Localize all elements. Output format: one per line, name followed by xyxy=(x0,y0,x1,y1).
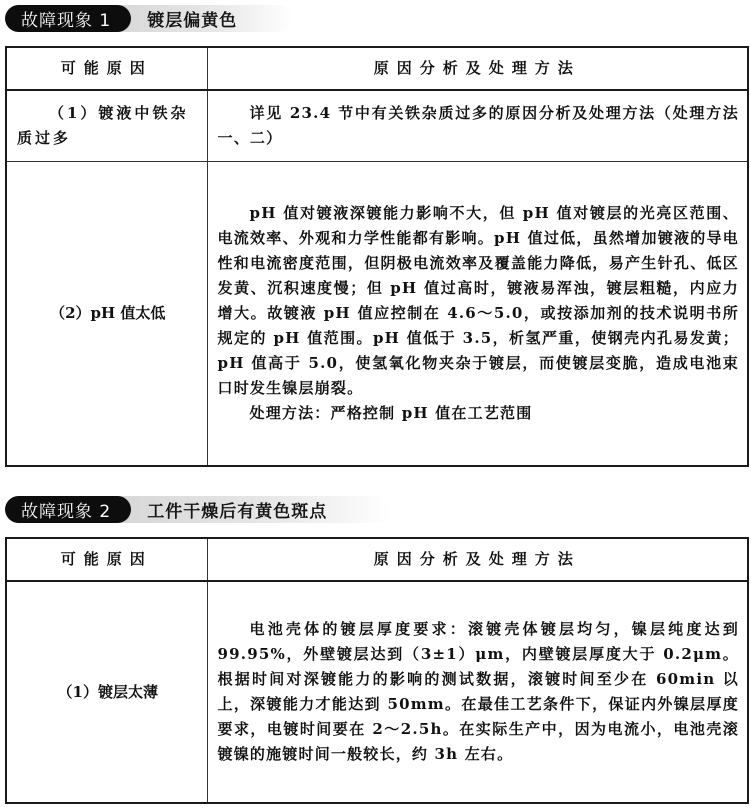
treatment-method-label: 处理方法： xyxy=(250,404,331,422)
header-analysis-method: 原因分析及处理方法 xyxy=(207,538,748,581)
header-possible-cause: 可能原因 xyxy=(6,538,207,581)
fault-tag: 故障现象 2 xyxy=(5,496,131,523)
fault-table-1: 可能原因 原因分析及处理方法 （1）镀液中铁杂质过多 详见 23.4 节中有关铁… xyxy=(5,46,749,467)
table-row: （2）pH 值太低 pH 值对镀液深镀能力影响不大，但 pH 值对镀层的光亮区范… xyxy=(6,161,748,466)
treatment-method-text: 严格控制 pH 值在工艺范围 xyxy=(331,404,533,422)
fault-heading-1: 故障现象 1 镀层偏黄色 xyxy=(5,5,237,32)
fault-title: 镀层偏黄色 xyxy=(147,6,237,31)
fault-title: 工件干燥后有黄色斑点 xyxy=(147,497,327,522)
cause-text: （1）镀液中铁杂质过多 xyxy=(17,101,199,151)
fault-table-2: 可能原因 原因分析及处理方法 （1）镀层太薄 电池壳体的镀层厚度要求：滚镀壳体镀… xyxy=(5,537,749,804)
analysis-paragraph: pH 值对镀液深镀能力影响不大，但 pH 值对镀层的光亮区范围、电流效率、外观和… xyxy=(218,201,740,401)
cause-cell: （2）pH 值太低 xyxy=(6,161,207,466)
analysis-cell: pH 值对镀液深镀能力影响不大，但 pH 值对镀层的光亮区范围、电流效率、外观和… xyxy=(207,161,748,466)
cause-cell: （1）镀层太薄 xyxy=(6,581,207,803)
table-header-row: 可能原因 原因分析及处理方法 xyxy=(6,47,748,90)
table-row: （1）镀液中铁杂质过多 详见 23.4 节中有关铁杂质过多的原因分析及处理方法（… xyxy=(6,90,748,161)
fault-heading-2: 故障现象 2 工件干燥后有黄色斑点 xyxy=(5,496,327,523)
fault-tag: 故障现象 1 xyxy=(5,5,131,32)
cause-cell: （1）镀液中铁杂质过多 xyxy=(6,90,207,161)
cause-text: （1）镀层太薄 xyxy=(58,683,158,701)
header-analysis-method: 原因分析及处理方法 xyxy=(207,47,748,90)
table-header-row: 可能原因 原因分析及处理方法 xyxy=(6,538,748,581)
analysis-cell: 电池壳体的镀层厚度要求：滚镀壳体镀层均匀，镍层纯度达到 99.95%，外壁镀层达… xyxy=(207,581,748,803)
analysis-cell: 详见 23.4 节中有关铁杂质过多的原因分析及处理方法（处理方法一、二） xyxy=(207,90,748,161)
cause-text: （2）pH 值太低 xyxy=(50,304,165,322)
analysis-paragraph: 电池壳体的镀层厚度要求：滚镀壳体镀层均匀，镍层纯度达到 99.95%，外壁镀层达… xyxy=(218,617,740,767)
analysis-paragraph: 详见 23.4 节中有关铁杂质过多的原因分析及处理方法（处理方法一、二） xyxy=(218,101,740,151)
table-row: （1）镀层太薄 电池壳体的镀层厚度要求：滚镀壳体镀层均匀，镍层纯度达到 99.9… xyxy=(6,581,748,803)
header-possible-cause: 可能原因 xyxy=(6,47,207,90)
treatment-method: 处理方法：严格控制 pH 值在工艺范围 xyxy=(218,401,740,426)
